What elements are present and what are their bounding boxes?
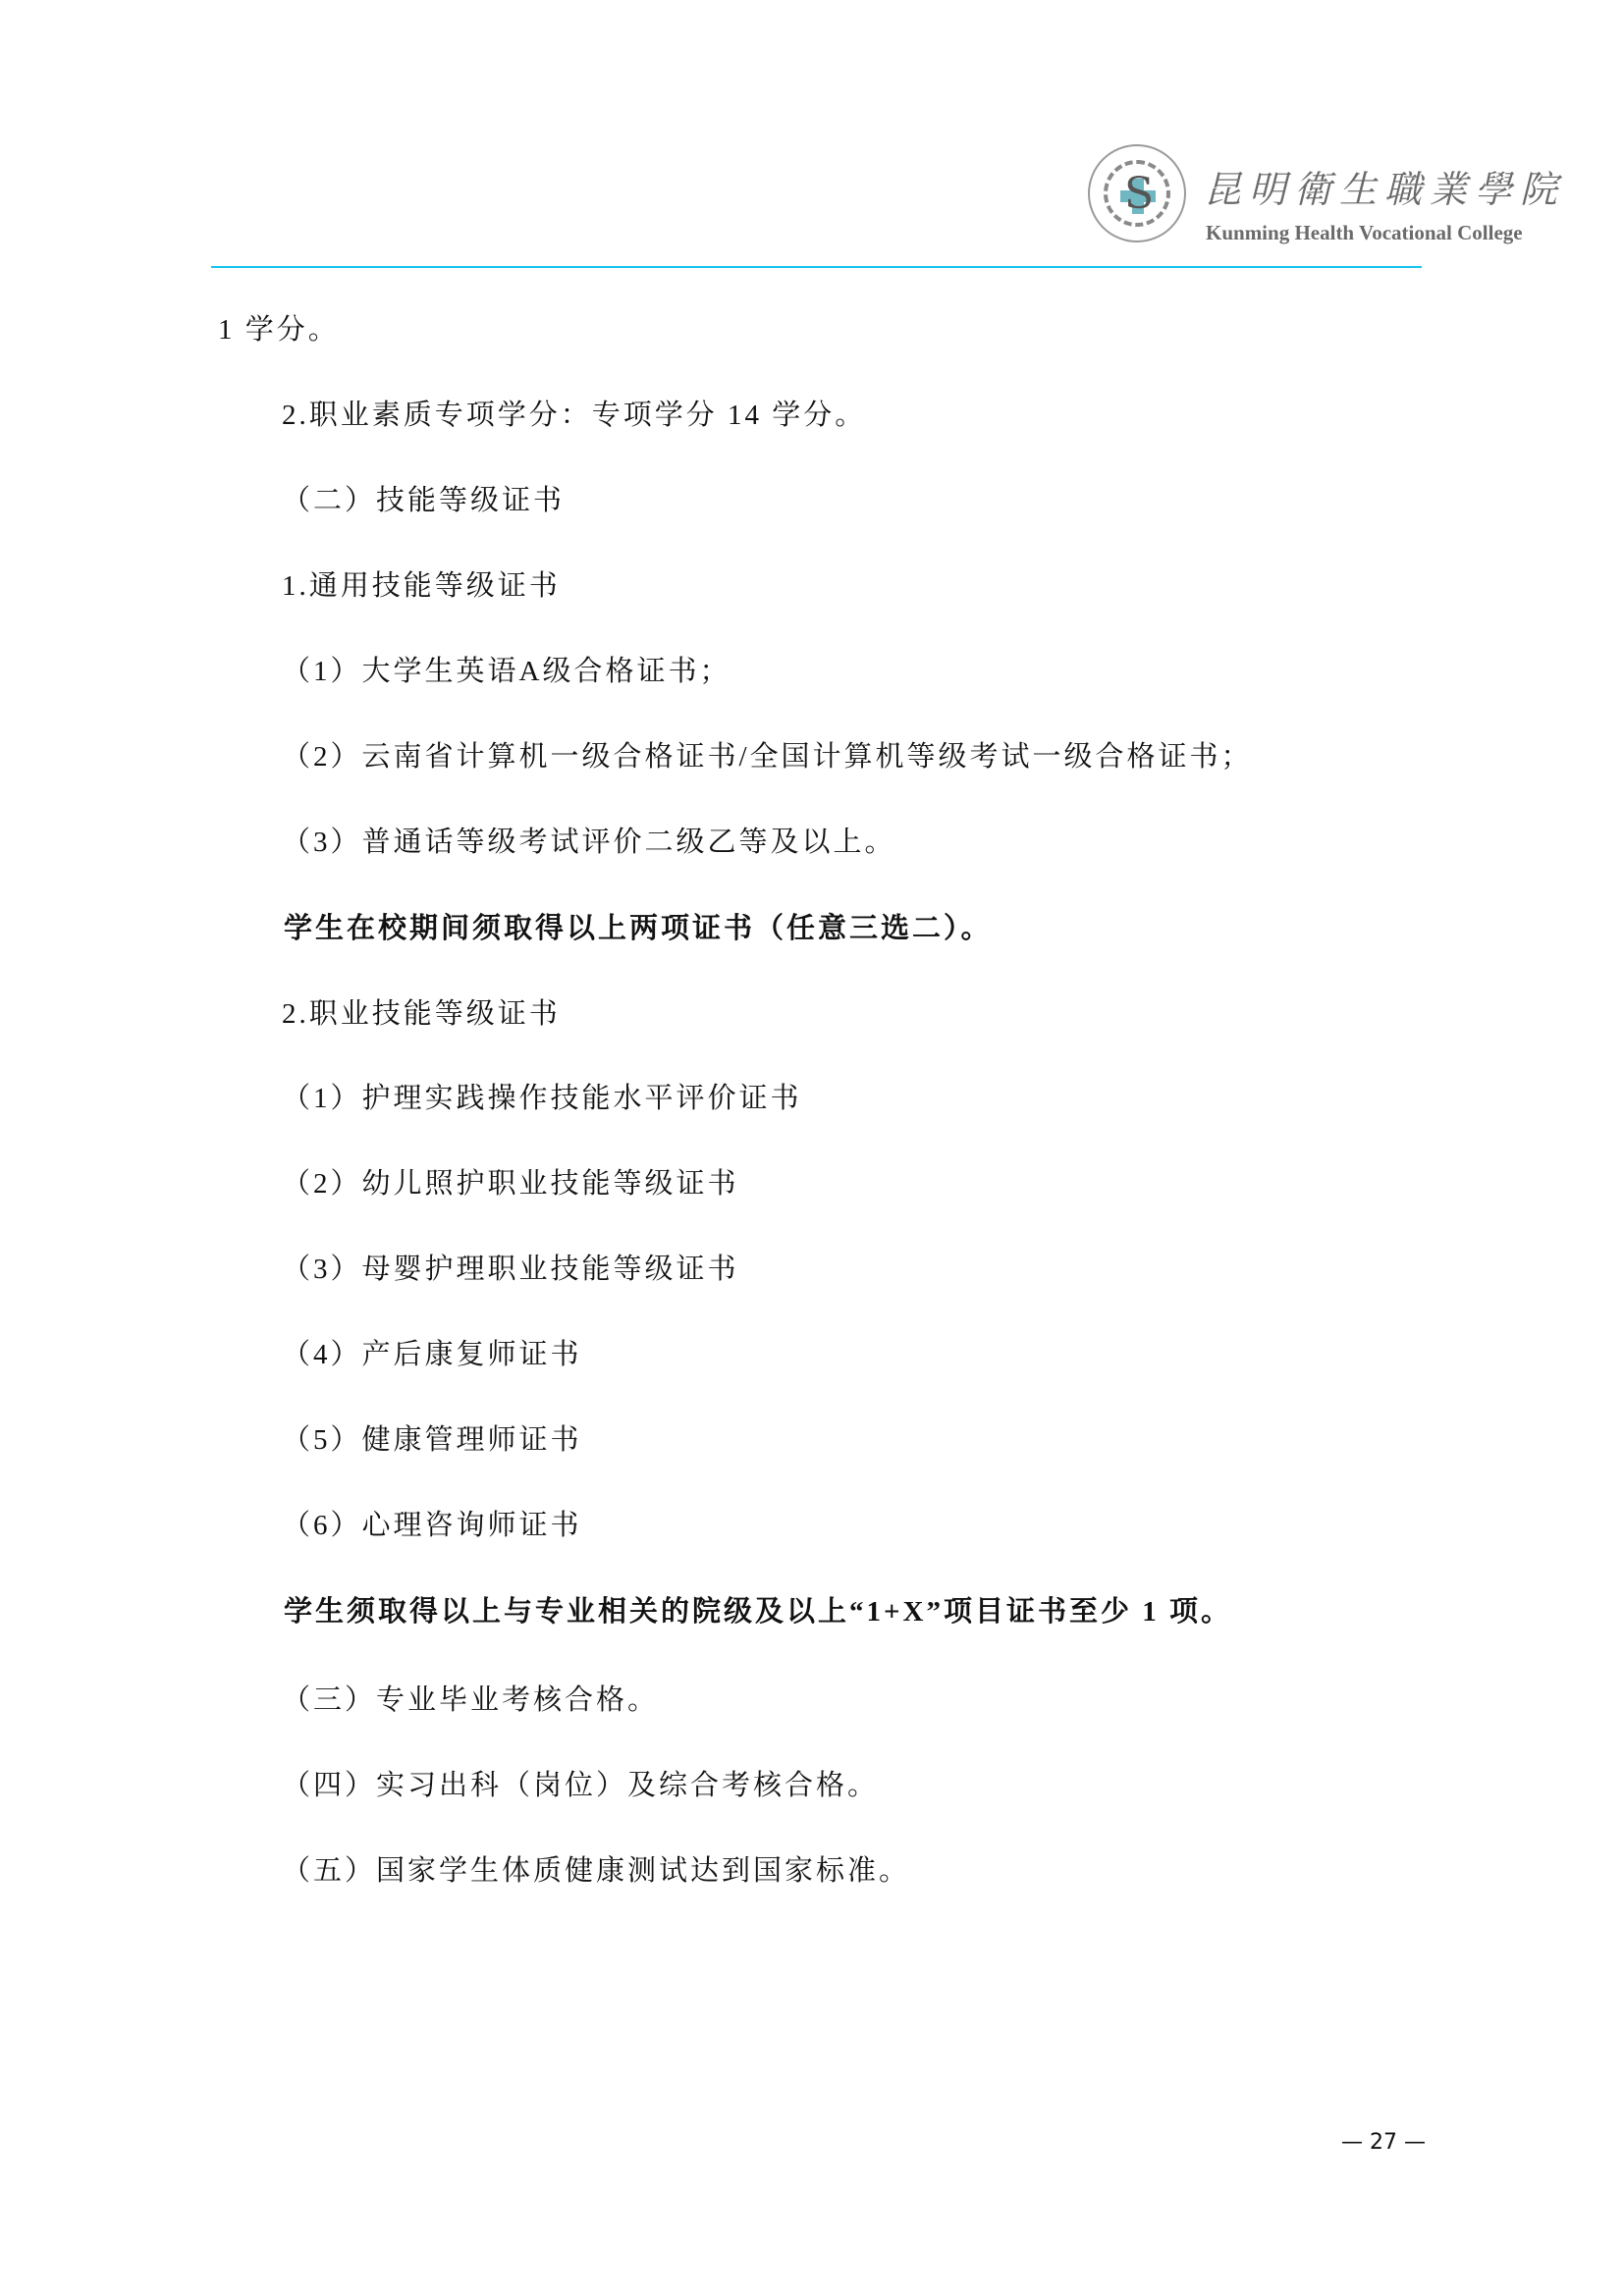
section-heading: （三）专业毕业考核合格。: [282, 1681, 659, 1720]
requirement-note: 学生须取得以上与专业相关的院级及以上“1+X”项目证书至少 1 项。: [284, 1592, 1232, 1631]
paragraph-line: 1 学分。: [218, 310, 340, 349]
subsection-heading: 1.通用技能等级证书: [282, 566, 561, 606]
college-name-english: Kunming Health Vocational College: [1206, 222, 1523, 243]
college-seal-icon: S: [1088, 144, 1186, 242]
paragraph-line: 2.职业素质专项学分：专项学分 14 学分。: [282, 396, 866, 435]
section-heading: （二）技能等级证书: [282, 481, 565, 520]
list-item: （2）云南省计算机一级合格证书/全国计算机等级考试一级合格证书；: [282, 737, 1253, 776]
page-number: — 27 —: [1341, 2128, 1426, 2158]
document-page: S 昆明衛生職業學院 Kunming Health Vocational Col…: [0, 0, 1624, 2296]
serpent-icon: S: [1124, 172, 1154, 217]
header-divider: [211, 266, 1422, 268]
college-name-chinese: 昆明衛生職業學院: [1204, 165, 1565, 214]
list-item: （6）心理咨询师证书: [282, 1506, 582, 1545]
section-heading: （五）国家学生体质健康测试达到国家标准。: [282, 1851, 910, 1891]
list-item: （3）母婴护理职业技能等级证书: [282, 1250, 739, 1289]
list-item: （3）普通话等级考试评价二级乙等及以上。: [282, 823, 896, 862]
subsection-heading: 2.职业技能等级证书: [282, 994, 561, 1034]
list-item: （1）大学生英语A级合格证书；: [282, 652, 731, 691]
list-item: （5）健康管理师证书: [282, 1420, 582, 1460]
section-heading: （四）实习出科（岗位）及综合考核合格。: [282, 1766, 879, 1805]
list-item: （1）护理实践操作技能水平评价证书: [282, 1079, 802, 1118]
requirement-note: 学生在校期间须取得以上两项证书（任意三选二）。: [284, 909, 993, 948]
list-item: （2）幼儿照护职业技能等级证书: [282, 1164, 739, 1203]
list-item: （4）产后康复师证书: [282, 1335, 582, 1374]
